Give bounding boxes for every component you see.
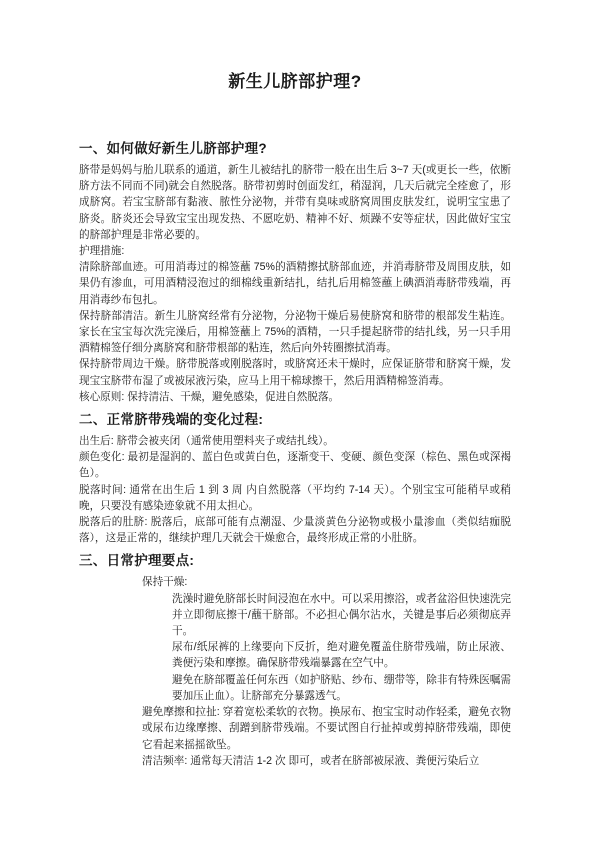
document-body: 新生儿脐部护理? 一、如何做好新生儿脐部护理? 脐带是妈妈与胎儿联系的通道，新生… — [0, 0, 595, 769]
stump-color-change: 颜色变化: 最初是湿润的、蓝白色或黄白色，逐渐变干、变硬、颜色变深（棕色、黑色或… — [79, 449, 511, 481]
section-1-paragraph-intro: 脐带是妈妈与胎儿联系的通道，新生儿被结扎的脐带一般在出生后 3~7 天(或更长一… — [79, 162, 511, 243]
cleaning-frequency-paragraph: 清洁频率: 通常每天清洁 1-2 次 即可，或者在脐部被尿液、粪便污染后立 — [79, 753, 511, 769]
section-3-heading: 三、日常护理要点: — [79, 551, 511, 571]
section-1-heading: 一、如何做好新生儿脐部护理? — [79, 139, 511, 159]
document-page: 新生儿脐部护理? 一、如何做好新生儿脐部护理? 脐带是妈妈与胎儿联系的通道，新生… — [0, 0, 595, 841]
document-title: 新生儿脐部护理? — [79, 0, 511, 93]
stump-falloff-time: 脱落时间: 通常在出生后 1 到 3 周 内自然脱落（平均约 7-14 天）。个… — [79, 482, 511, 514]
section-2-heading: 二、正常脐带残端的变化过程: — [79, 410, 511, 430]
stump-after-birth: 出生后: 脐带会被夹闭（通常使用塑料夹子或结扎线）。 — [79, 433, 511, 449]
care-measures-label: 护理措施: — [79, 243, 511, 259]
keep-dry-label: 保持干燥: — [79, 574, 511, 590]
care-measure-keep-clean: 保持脐部清洁。新生儿脐窝经常有分泌物，分泌物干燥后易使脐窝和脐带的根部发生粘连。… — [79, 308, 511, 357]
stump-after-falloff: 脱落后的肚脐: 脱落后，底部可能有点潮湿、少量淡黄色分泌物或极小量渗血（类似结痂… — [79, 514, 511, 546]
keep-dry-point-bathing: 洗澡时避免脐部长时间浸泡在水中。可以采用擦浴，或者盆浴但快速洗完并立即彻底擦干/… — [79, 591, 511, 640]
care-measure-keep-dry: 保持脐带周边干燥。脐带脱落或刚脱落时，或脐窝还未干燥时，应保证脐带和脐窝干燥，发… — [79, 356, 511, 388]
care-measure-clean-blood: 清除脐部血迹。可用消毒过的棉签蘸 75%的酒精擦拭脐部血迹，并消毒脐带及周围皮肤… — [79, 259, 511, 308]
avoid-friction-paragraph: 避免摩擦和拉扯: 穿着宽松柔软的衣物。换尿布、抱宝宝时动作轻柔，避免衣物或尿布边… — [79, 704, 511, 753]
keep-dry-point-no-cover: 避免在脐部覆盖任何东西（如护脐贴、纱布、绷带等，除非有特殊医嘱需要加压止血）。让… — [79, 672, 511, 704]
core-principle: 核心原则: 保持清洁、干燥，避免感染，促进自然脱落。 — [79, 389, 511, 405]
keep-dry-point-diaper: 尿布/纸尿裤的上缘要向下反折，绝对避免覆盖住脐带残端，防止尿液、粪便污染和摩擦。… — [79, 639, 511, 671]
